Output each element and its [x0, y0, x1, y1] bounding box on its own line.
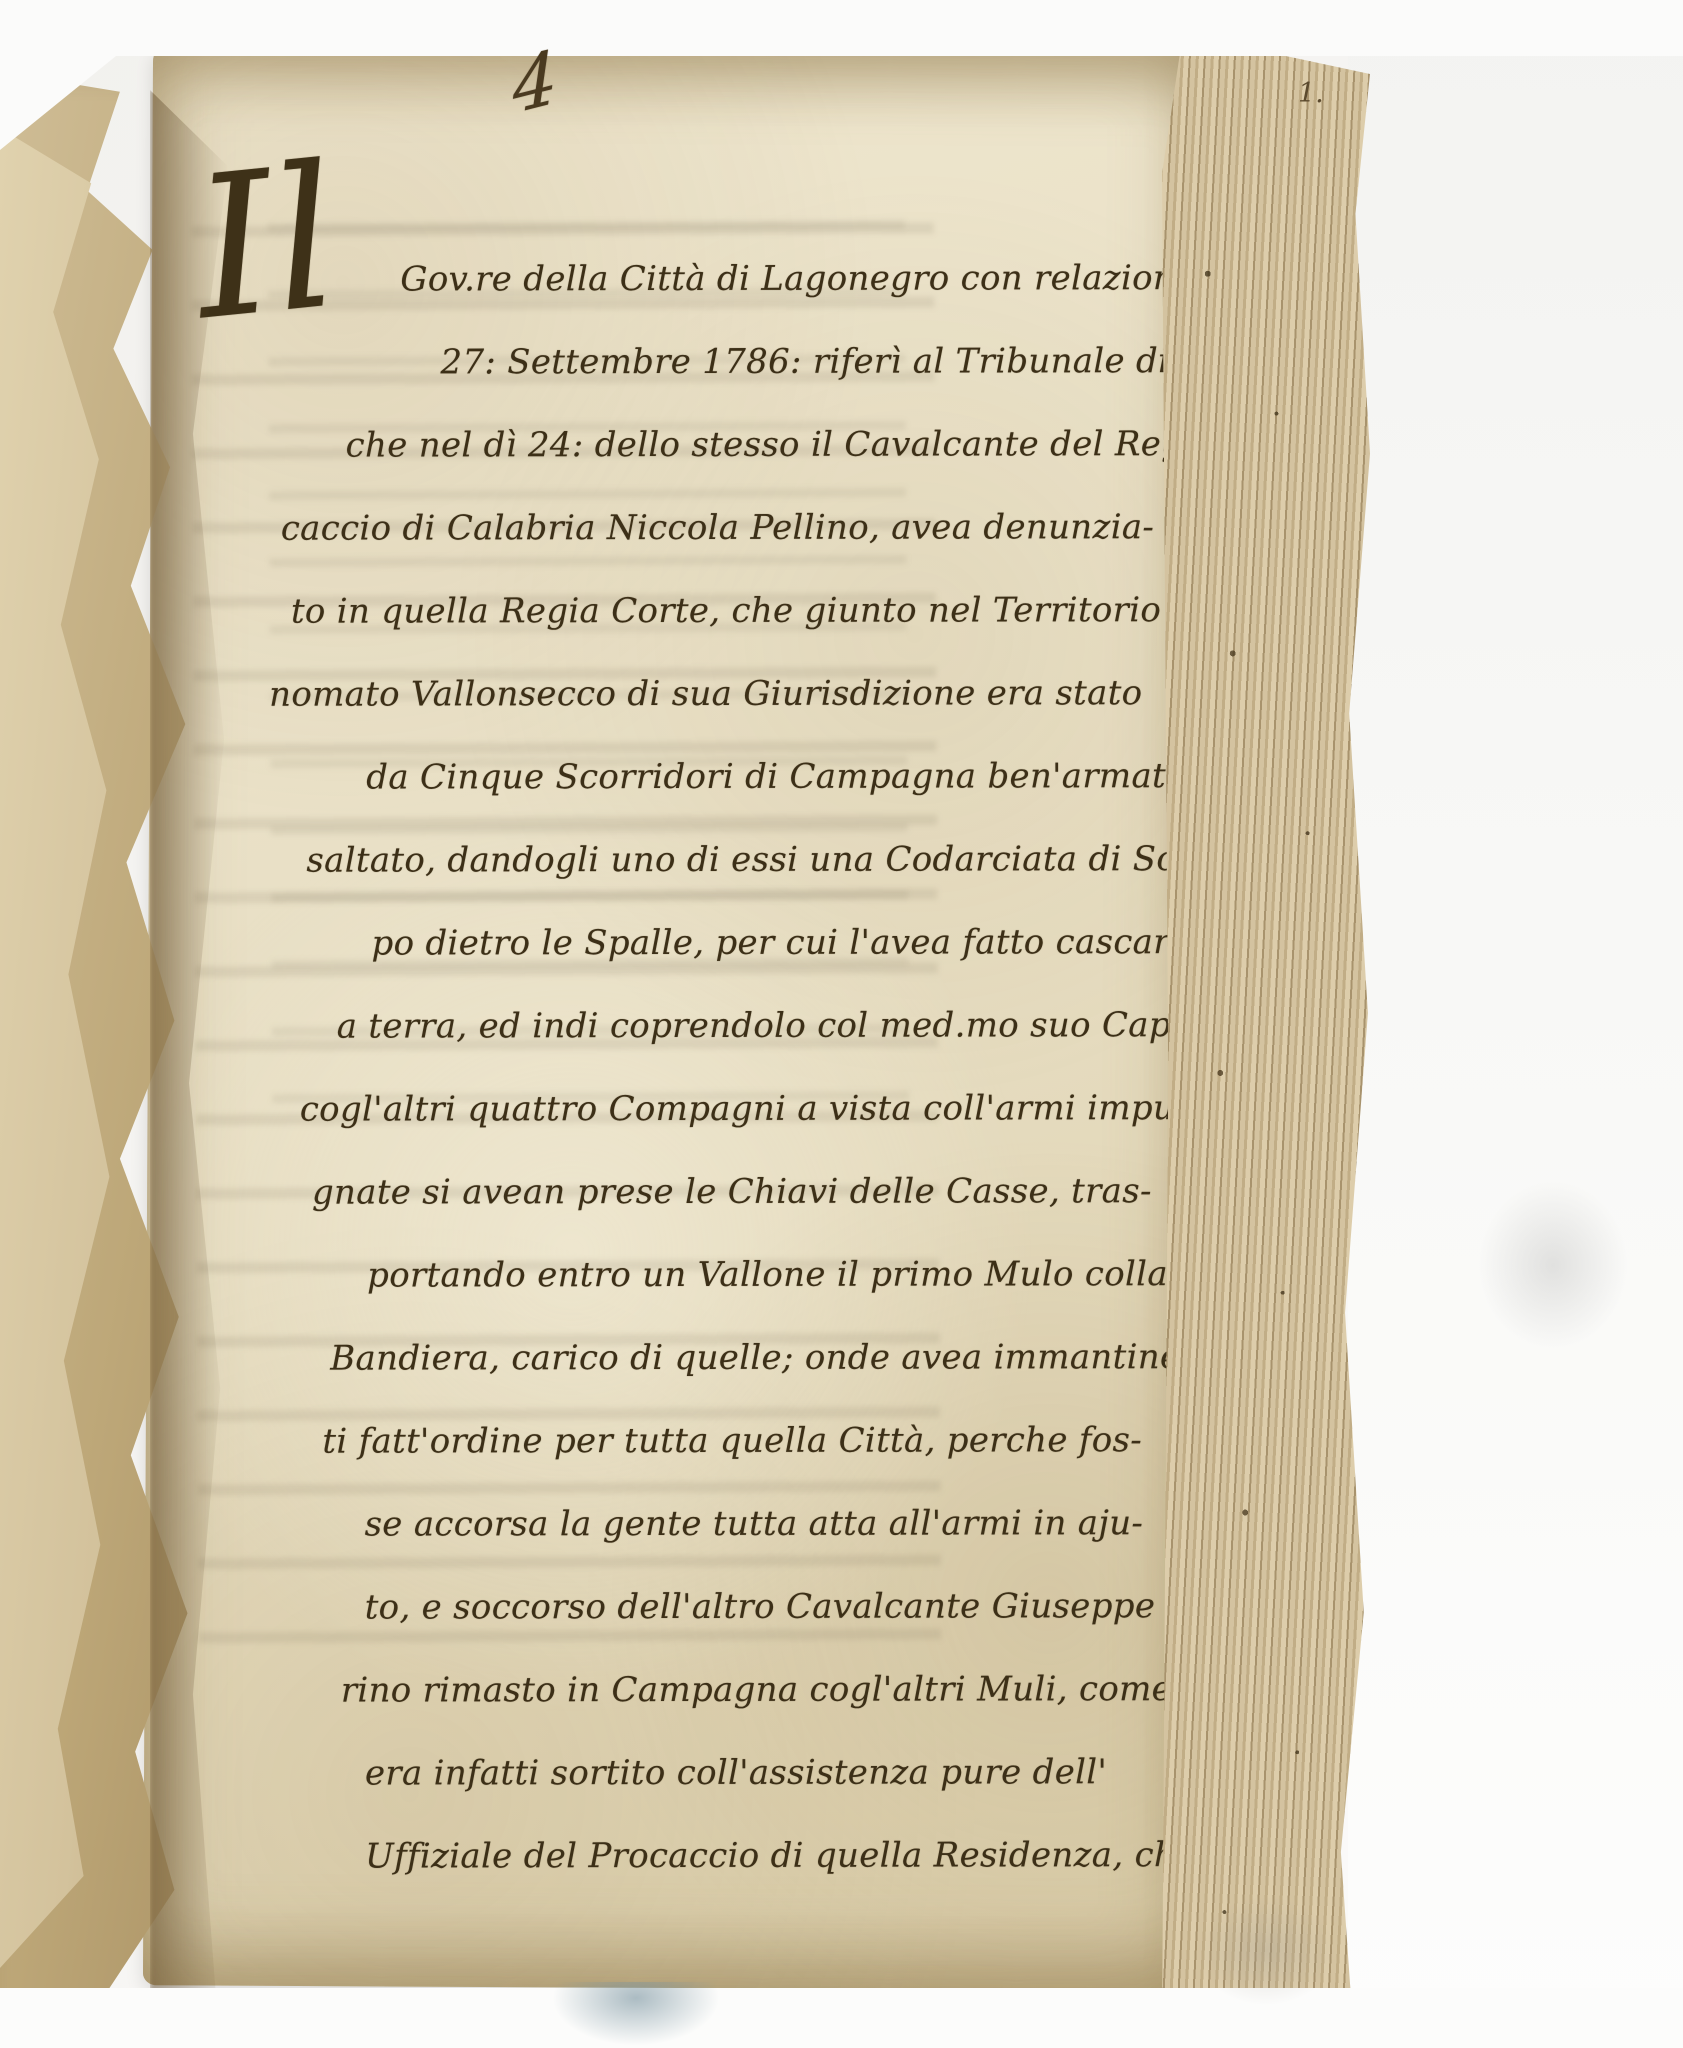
manuscript-line: to, e soccorso dell'altro Cavalcante Giu…: [365, 1565, 1173, 1649]
manuscript-line: se accorsa la gente tutta atta all'armi …: [364, 1482, 1172, 1566]
manuscript-line: 27: Settembre 1786: riferì al Tribunale …: [440, 320, 1170, 404]
table-surface-right: [1348, 0, 1683, 2048]
folio-number: 1.: [1298, 78, 1324, 109]
manuscript-line: Uffiziale del Procaccio di quella Reside…: [365, 1814, 1173, 1898]
manuscript-line: a terra, ed indi coprendolo col med.mo s…: [337, 984, 1172, 1068]
manuscript-line: ti fatt'ordine per tutta quella Città, p…: [322, 1399, 1172, 1483]
manuscript-text-block: Gov.re della Città di Lagonegro con rela…: [146, 237, 1211, 1899]
manuscript-line: Gov.re della Città di Lagonegro con rela…: [400, 237, 1170, 321]
manuscript-line: rino rimasto in Campagna cogl'altri Muli…: [341, 1648, 1173, 1732]
bottom-smudge: [1196, 1896, 1336, 2006]
blue-gray-stain: [552, 1982, 720, 2046]
manuscript-line: po dietro le Spalle, per cui l'avea fatt…: [371, 901, 1171, 985]
manuscript-photo: Il Gov.re della Città di Lagonegro con r…: [0, 0, 1683, 2048]
manuscript-line: cogl'altri quattro Compagni a vista coll…: [300, 1067, 1172, 1152]
manuscript-line: portando entro un Vallone il primo Mulo …: [367, 1233, 1172, 1317]
gray-smudge: [1478, 1180, 1628, 1350]
manuscript-line: saltato, dandogli uno di essi una Codarc…: [306, 818, 1171, 903]
manuscript-line: Bandiera, carico di quelle; onde avea im…: [330, 1316, 1172, 1400]
manuscript-line: da Cinque Scorridori di Campagna ben'arm…: [366, 735, 1171, 819]
header-flourish-numeral: 4: [511, 40, 558, 125]
page-stack-fore-edge: [1162, 34, 1370, 2032]
manuscript-line: gnate si avean prese le Chiavi delle Cas…: [312, 1150, 1172, 1235]
manuscript-line: caccio di Calabria Niccola Pellino, avea…: [281, 486, 1171, 571]
manuscript-line: che nel dì 24: dello stesso il Cavalcant…: [346, 403, 1171, 487]
manuscript-line: to in quella Regia Corte, che giunto nel…: [291, 569, 1171, 654]
table-surface-top: [0, 0, 1683, 56]
manuscript-page: Il Gov.re della Città di Lagonegro con r…: [143, 49, 1215, 1991]
manuscript-line: nomato Vallonsecco di sua Giurisdizione …: [269, 652, 1171, 737]
table-surface-bottom: [0, 1988, 1683, 2048]
manuscript-line: era infatti sortito coll'assistenza pure…: [365, 1731, 1173, 1815]
